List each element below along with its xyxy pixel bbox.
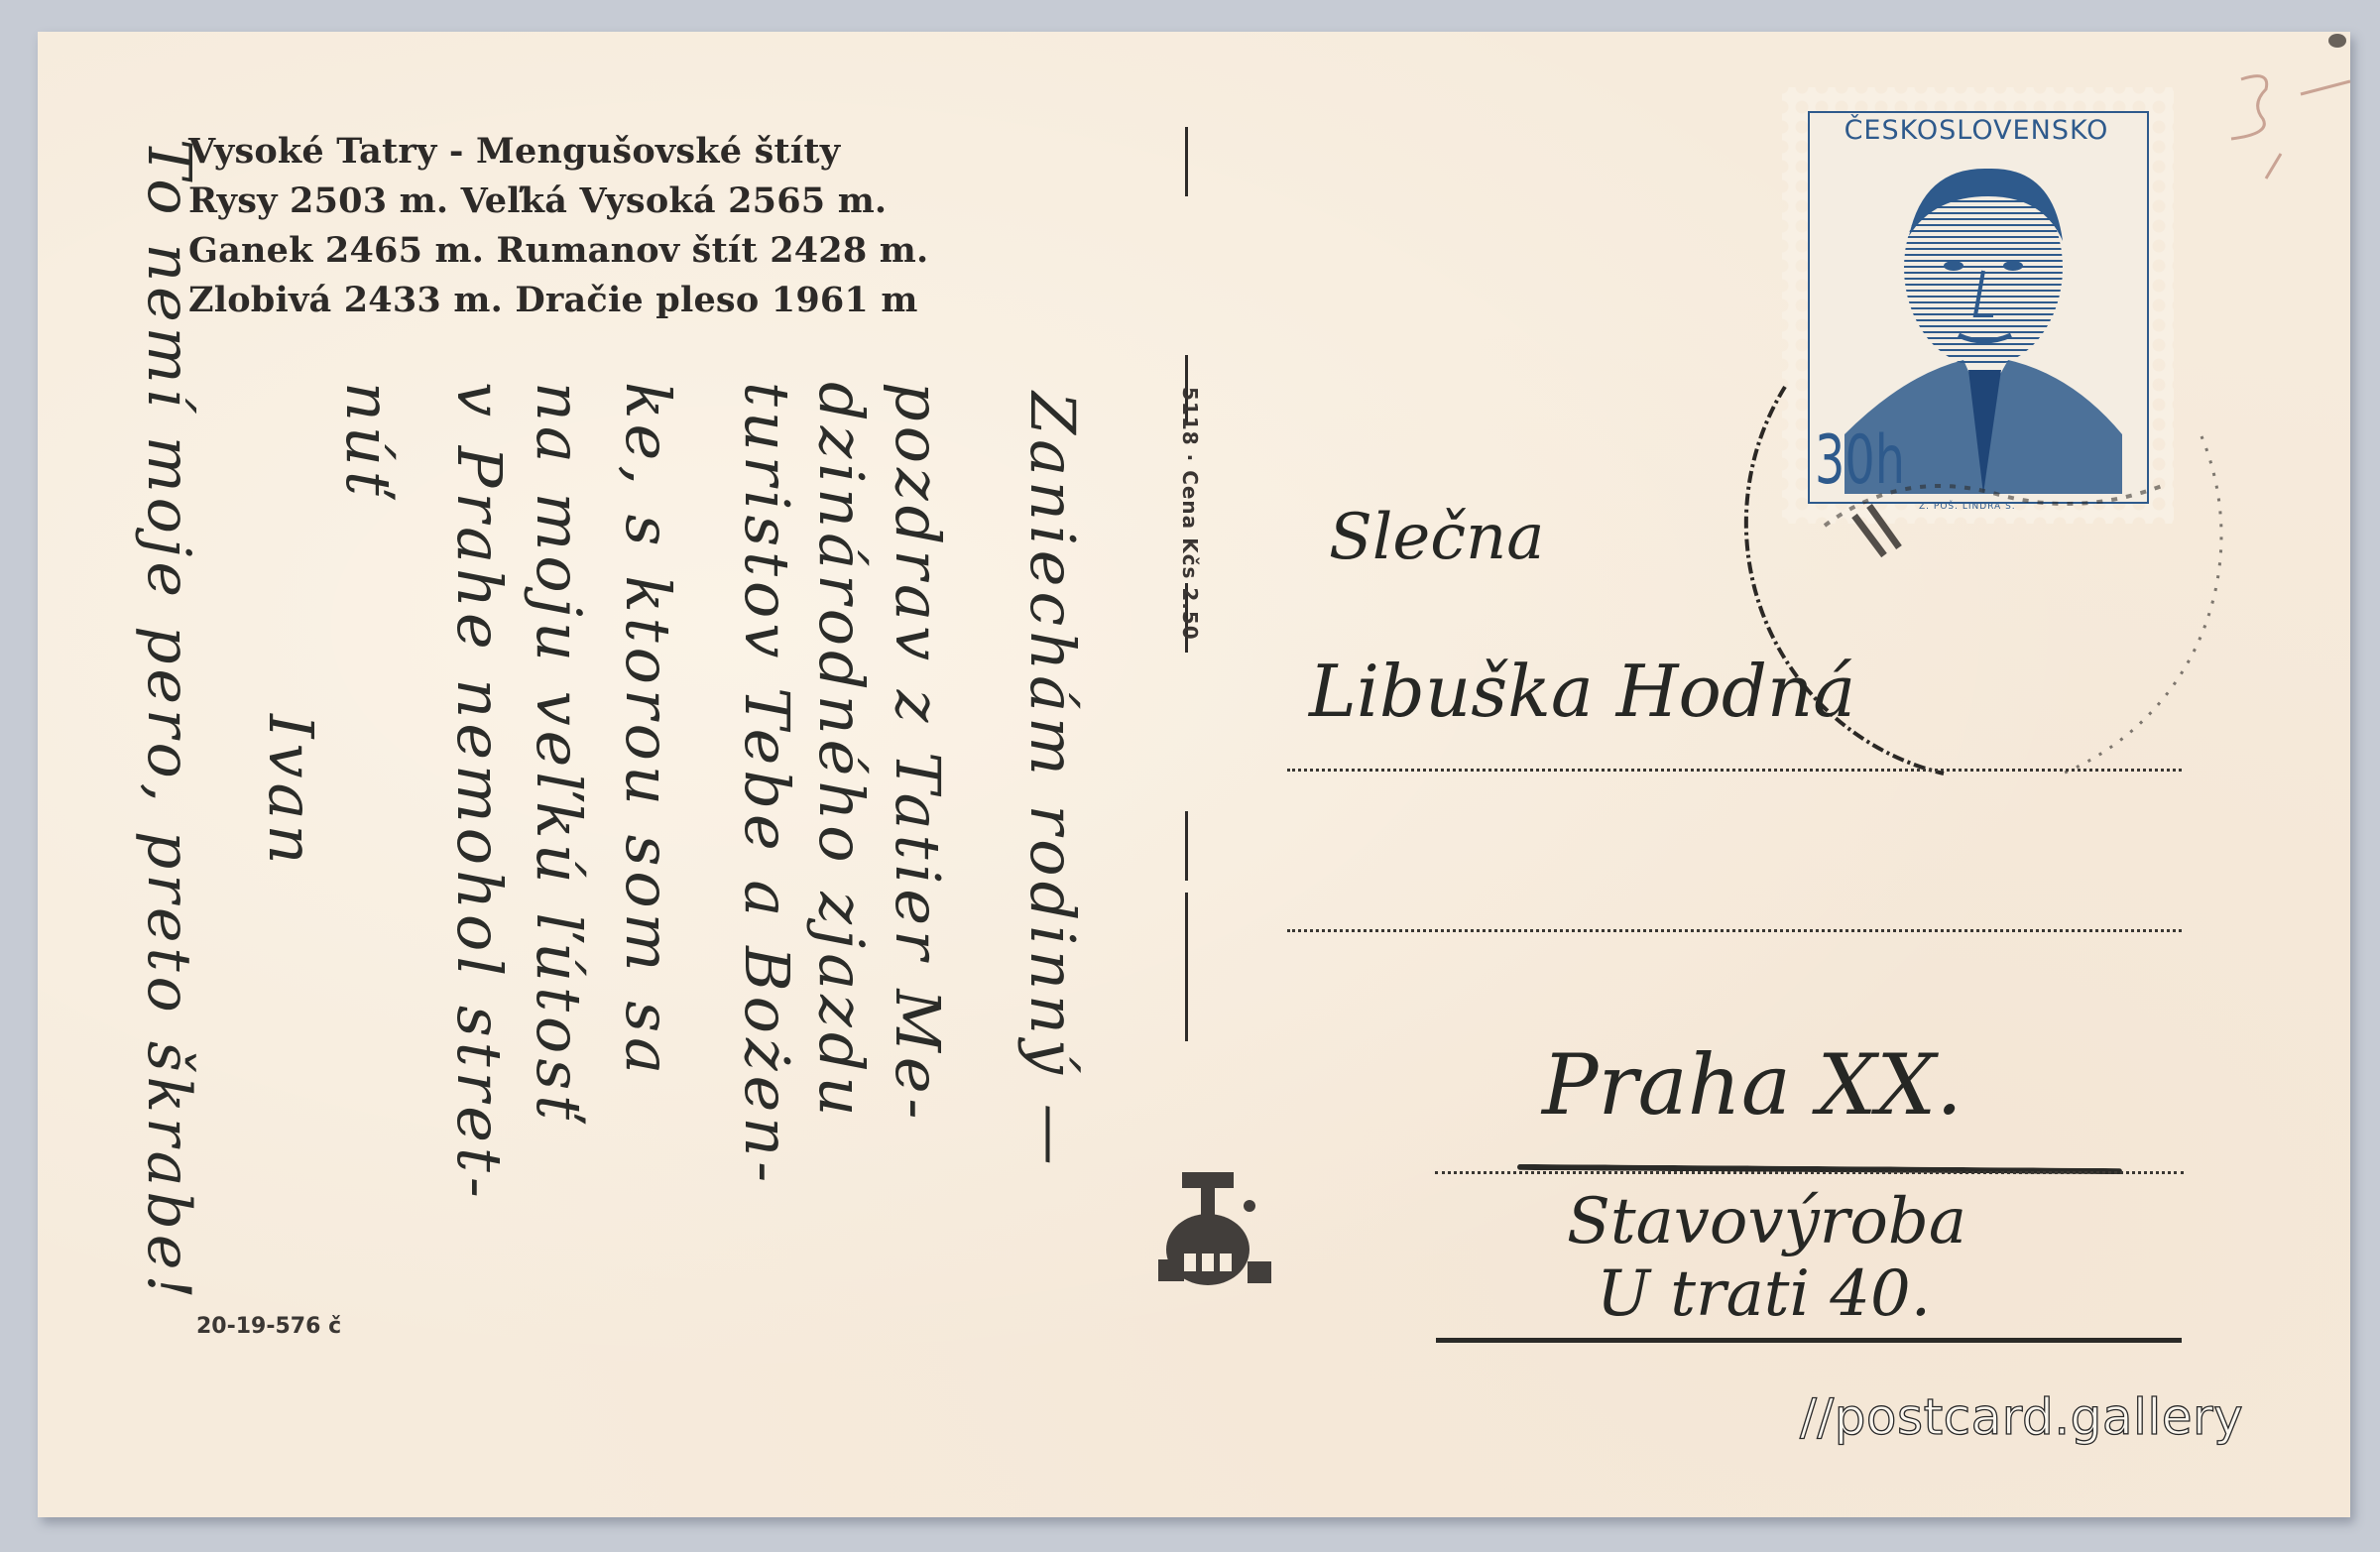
tatran-logo-icon [1140, 1150, 1289, 1299]
ink-spot [2328, 34, 2346, 48]
center-divider-lower [1185, 893, 1188, 1041]
printed-caption: Vysoké Tatry - Mengušovské štíty Rysy 25… [188, 127, 928, 325]
margin-note: To nemí moje pero, preto škrabe! [134, 139, 203, 1303]
message-line: Zaniechám rodinný — [1016, 392, 1089, 1170]
stamp-printer-imprint: Z. POŠ. LINDRA S. [1919, 502, 2016, 512]
stamp-country: ČESKOSLOVENSKO [1817, 115, 2136, 146]
address-line-2 [1287, 929, 2182, 932]
message-line: na moju veľkú ľútosť [523, 382, 595, 1125]
address-street-company: Stavovýroba [1567, 1185, 1966, 1258]
stamp-value: 30h [1815, 421, 1905, 500]
message-line: v Prahe nemohol stret- [443, 382, 516, 1203]
message-line: ke, s ktorou som sa [612, 382, 684, 1079]
address-salutation: Slečna [1329, 501, 1544, 574]
caption-line: Rysy 2503 m. Veľká Vysoká 2565 m. [188, 177, 928, 226]
message-line: núť [332, 382, 405, 501]
watermark: //postcard.gallery [1800, 1388, 2243, 1446]
address-line-4 [1436, 1338, 2182, 1343]
message-line: dzinárodného zjazdu [805, 382, 878, 1121]
address-name: Libuška Hodná [1309, 650, 1855, 733]
signature: Ivan [255, 714, 327, 869]
print-code: 20-19-576 č [196, 1314, 341, 1339]
address-line-3 [1435, 1171, 2184, 1174]
caption-line: Ganek 2465 m. Rumanov štít 2428 m. [188, 226, 928, 276]
address-city: Praha XX. [1542, 1036, 1963, 1134]
address-street: U trati 40. [1597, 1257, 1931, 1331]
caption-line: Vysoké Tatry - Mengušovské štíty [188, 127, 928, 177]
price-imprint: 5118 · Cena Kčs 2.50 [1178, 387, 1202, 641]
message-line: turistov Tebe a Bożen- [731, 382, 803, 1187]
address-line-1 [1287, 769, 2182, 772]
caption-line: Zlobivá 2433 m. Dračie pleso 1961 m [188, 276, 928, 325]
message-line: pozdrav z Tatier Me- [882, 382, 954, 1125]
